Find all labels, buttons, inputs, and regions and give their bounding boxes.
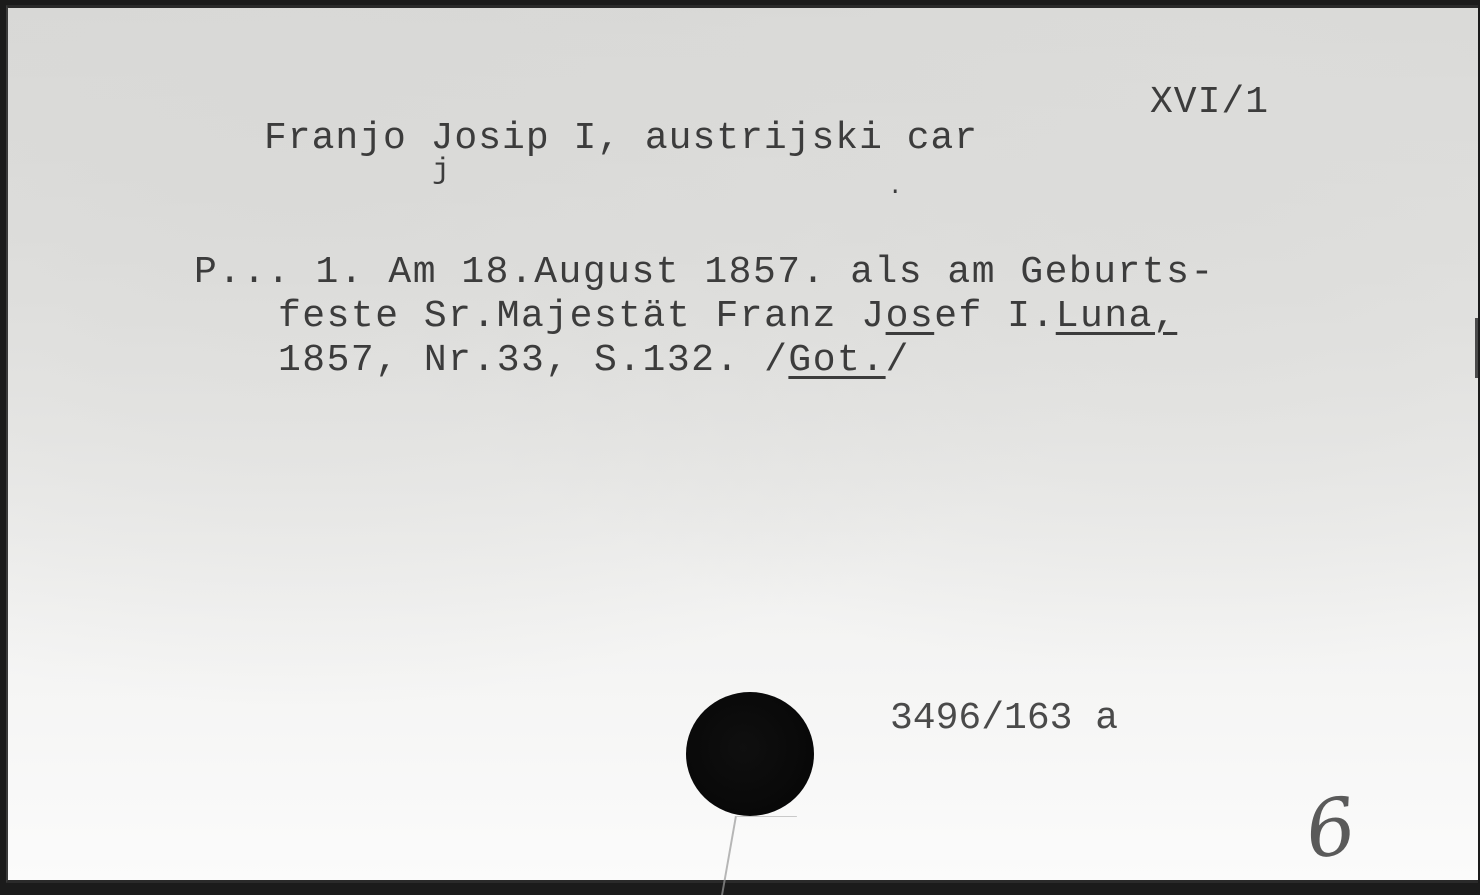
accession-number: 3496/163 a [890,700,1118,738]
entry-line-3: 1857, Nr.33, S.132. /Got./ [278,342,910,380]
entry-line-2: feste Sr.Majestät Franz Josef I.Luna, [278,298,1177,336]
source-name-underlined: Luna, [1056,295,1178,338]
bracketed-script-note: Got. [788,339,885,382]
catalog-code: XVI/1 [1150,84,1269,122]
heading-correction: j [432,156,451,186]
paper-tear [721,816,797,888]
heading-mark: . [888,176,903,200]
card-heading: Franjo Josip I, austrijski car [264,120,978,158]
underlined-text: os [886,295,935,338]
bracket-close: / [886,342,910,380]
entry-line-2-text-mid: ef I. [934,295,1056,338]
entry-line-2-text: feste Sr.Majestät Franz J [278,295,886,338]
handwritten-note: 6 [1301,787,1361,871]
entry-line-1: P... 1. Am 18.August 1857. als am Geburt… [194,254,1215,292]
punch-hole-icon [686,692,814,816]
edge-mark [1475,318,1478,378]
index-card: XVI/1 Franjo Josip I, austrijski car j .… [6,5,1478,883]
bracket-open: / [764,342,788,380]
entry-line-3-text: 1857, Nr.33, S.132. [278,339,764,382]
